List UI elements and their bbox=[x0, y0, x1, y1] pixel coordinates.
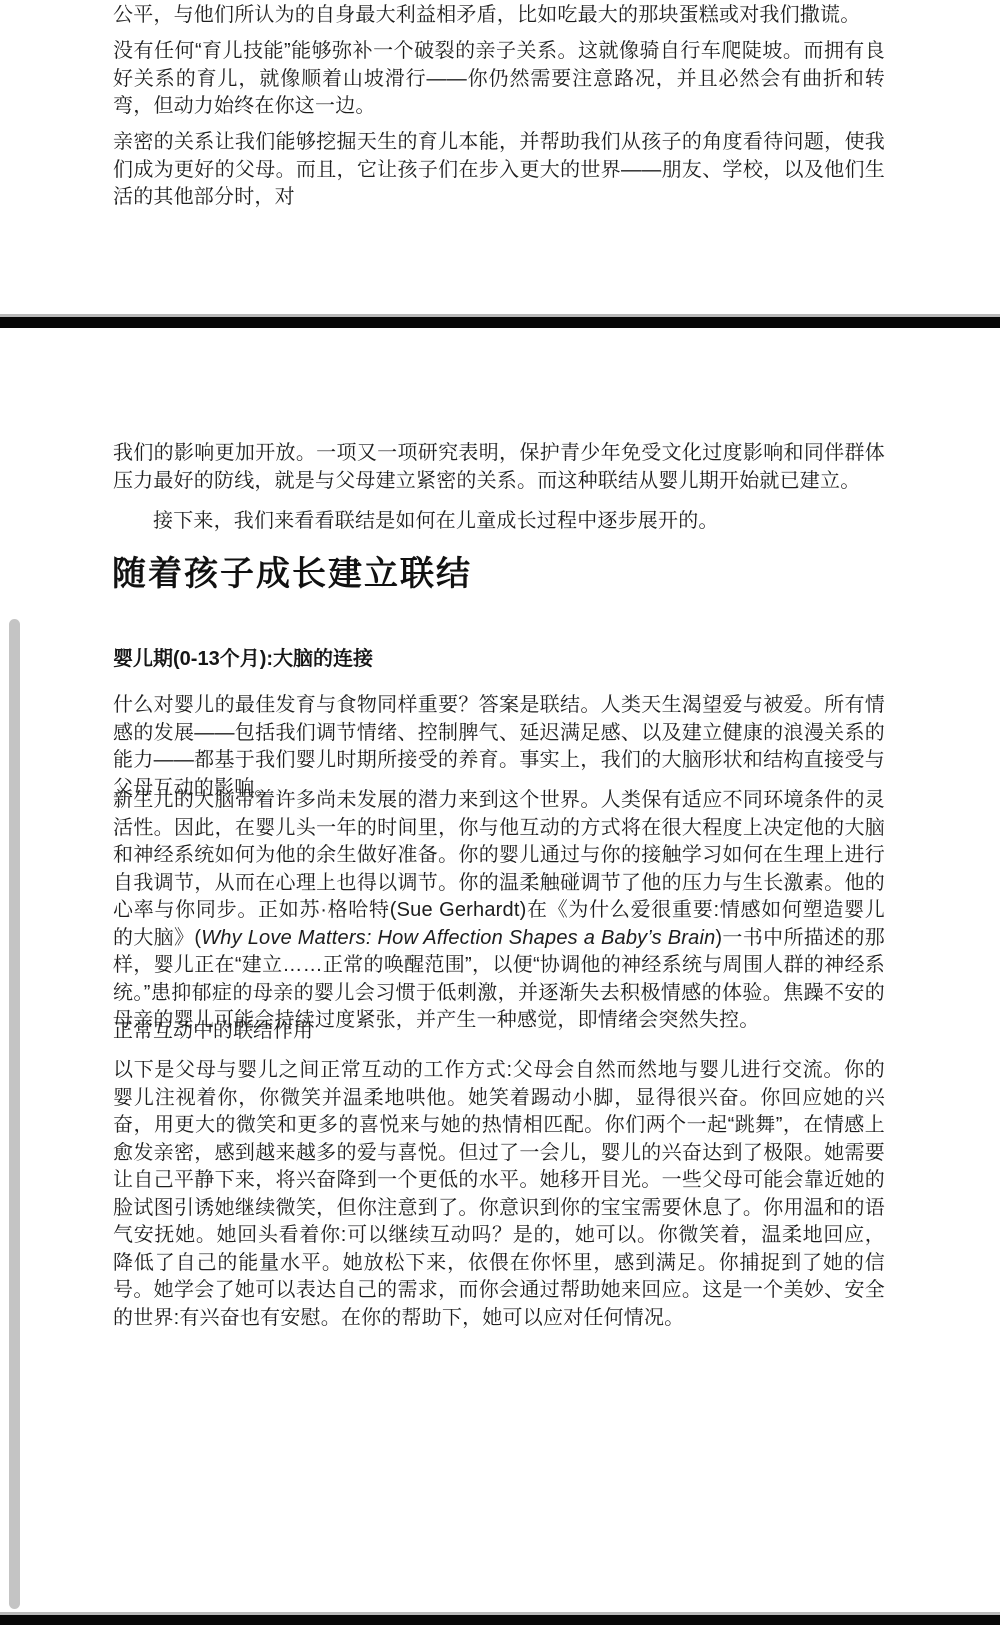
prev-page-paragraph-relationship: 亲密的关系让我们能够挖掘天生的育儿本能，并帮助我们从孩子的角度看待问题，使我们成… bbox=[113, 129, 885, 212]
paragraph-development: 什么对婴儿的最佳发育与食物同样重要？答案是联结。人类天生渴望爱与被爱。所有情感的… bbox=[113, 692, 885, 802]
page-break-separator-top bbox=[0, 314, 1000, 328]
page-break-separator-bottom bbox=[0, 1612, 1000, 1625]
section-heading-infancy: 婴儿期(0-13个月):大脑的连接 bbox=[113, 646, 885, 674]
reader-window: { "document": { "previous_page": { "para… bbox=[0, 0, 1000, 1625]
paragraph-newborn-brain: 新生儿的大脑带着许多尚未发展的潜力来到这个世界。人类保有适应不同环境条件的灵活性… bbox=[113, 787, 885, 1035]
paragraph-newborn-pre: 新生儿的大脑带着许多尚未发展的潜力来到这个世界。人类保有适应不同环境条件的灵活性… bbox=[113, 789, 885, 949]
paragraph-interaction-example: 以下是父母与婴儿之间正常互动的工作方式:父母会自然而然地与婴儿进行交流。你的婴儿… bbox=[113, 1057, 885, 1332]
book-title-english-italic: Why Love Matters: How Affection Shapes a… bbox=[201, 927, 715, 949]
paragraph-influence: 我们的影响更加开放。一项又一项研究表明，保护青少年免受文化过度影响和同伴群体压力… bbox=[113, 440, 885, 495]
subsection-heading-normal-interaction: 正常互动中的联结作用 bbox=[113, 1018, 885, 1046]
paragraph-transition: 接下来，我们来看看联结是如何在儿童成长过程中逐步展开的。 bbox=[113, 508, 885, 536]
scrollbar-thumb[interactable] bbox=[9, 619, 20, 1609]
chapter-heading: 随着孩子成长建立联结 bbox=[112, 554, 912, 595]
prev-page-paragraph-cutoff: 公平，与他们所认为的自身最大利益相矛盾，比如吃最大的那块蛋糕或对我们撒谎。 bbox=[113, 2, 885, 30]
prev-page-paragraph-bike-metaphor: 没有任何“育儿技能”能够弥补一个破裂的亲子关系。这就像骑自行车爬陡坡。而拥有良好… bbox=[113, 38, 885, 121]
